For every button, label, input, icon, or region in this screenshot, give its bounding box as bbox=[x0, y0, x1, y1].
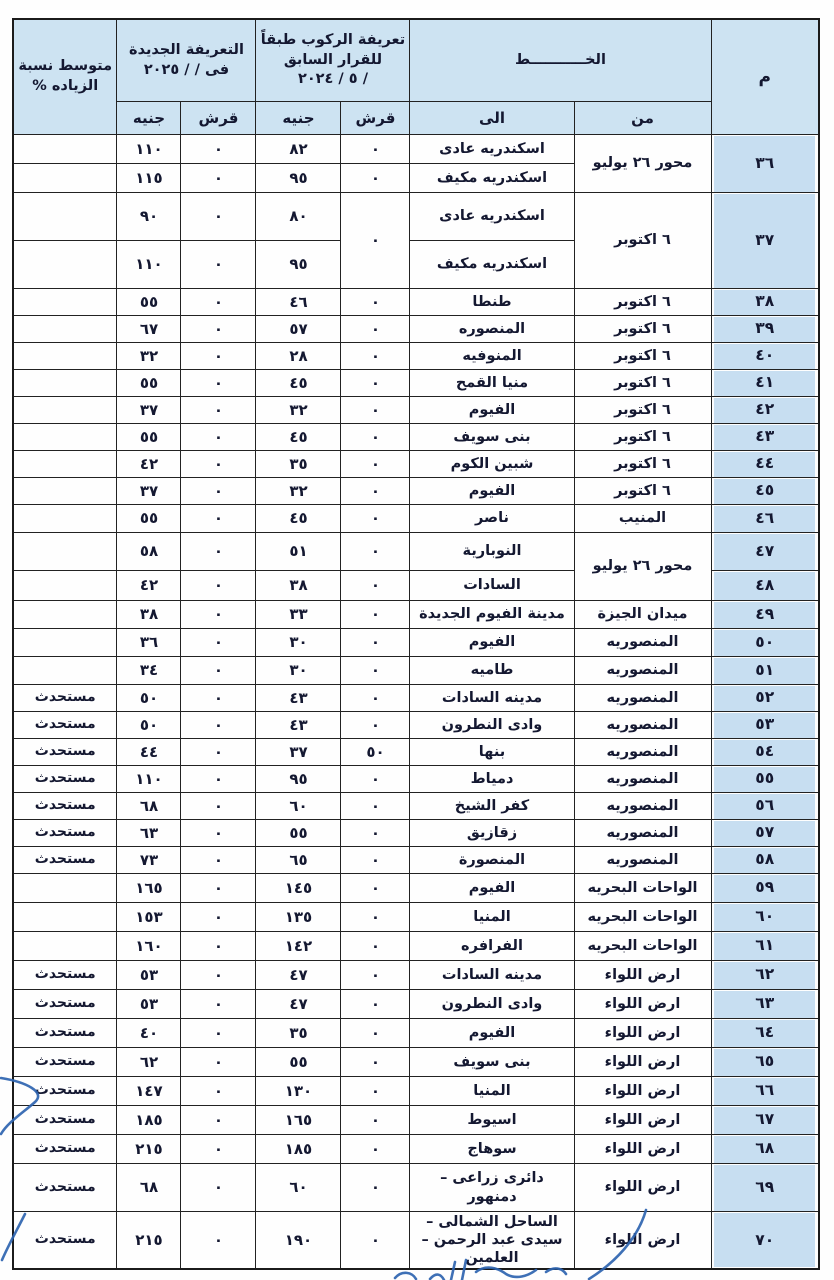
serial-cell: ٤٨ bbox=[711, 571, 819, 601]
serial-cell: ٤٠ bbox=[711, 343, 819, 370]
avg-cell bbox=[13, 903, 117, 932]
prev-pound-cell: ١٤٢ bbox=[256, 932, 341, 961]
to-cell: الساحل الشمالى – سيدى عبد الرحمن – العلم… bbox=[410, 1212, 574, 1270]
table-row: ٦٤ارض اللواءالفيوم٠٣٥٠٤٠مستحدث bbox=[13, 1019, 819, 1048]
from-cell: المنصوريه bbox=[574, 629, 711, 657]
new-piaster-cell: ٠ bbox=[181, 1019, 256, 1048]
new-pound-cell: ٢١٥ bbox=[117, 1212, 181, 1270]
avg-cell: مستحدث bbox=[13, 1048, 117, 1077]
new-piaster-cell: ٠ bbox=[181, 903, 256, 932]
new-piaster-cell: ٠ bbox=[181, 316, 256, 343]
table-row: ٦٥ارض اللواءبنى سويف٠٥٥٠٦٢مستحدث bbox=[13, 1048, 819, 1077]
new-piaster-cell: ٠ bbox=[181, 1048, 256, 1077]
to-cell: المنصوره bbox=[410, 316, 574, 343]
header-row-sub: من الى قرش جنيه قرش جنيه bbox=[13, 102, 819, 135]
prev-pound-cell: ٩٥ bbox=[256, 241, 341, 289]
avg-cell: مستحدث bbox=[13, 820, 117, 847]
from-cell: المنصوريه bbox=[574, 793, 711, 820]
to-cell: مدينه السادات bbox=[410, 961, 574, 990]
new-pound-cell: ٣٧ bbox=[117, 478, 181, 505]
serial-cell: ٥٨ bbox=[711, 847, 819, 874]
prev-pound-cell: ٣٢ bbox=[256, 478, 341, 505]
new-piaster-cell: ٠ bbox=[181, 712, 256, 739]
header-from: من bbox=[574, 102, 711, 135]
prev-piaster-cell: ٠ bbox=[341, 1019, 410, 1048]
table-row: ٣٩٦ اكتوبرالمنصوره٠٥٧٠٦٧ bbox=[13, 316, 819, 343]
serial-cell: ٦٦ bbox=[711, 1077, 819, 1106]
new-pound-cell: ٥٣ bbox=[117, 961, 181, 990]
prev-piaster-cell: ٠ bbox=[341, 874, 410, 903]
header-new-tariff-title: التعريفة الجديدة bbox=[120, 41, 252, 61]
table-row: ٥٨المنصوريهالمنصورة٠٦٥٠٧٣مستحدث bbox=[13, 847, 819, 874]
header-prev-tariff-title: تعريفة الركوب طبقاً للقرار السابق bbox=[259, 31, 406, 70]
new-pound-cell: ٩٠ bbox=[117, 193, 181, 241]
new-piaster-cell: ٠ bbox=[181, 289, 256, 316]
to-cell: اسيوط bbox=[410, 1106, 574, 1135]
avg-cell: مستحدث bbox=[13, 1135, 117, 1164]
avg-cell: مستحدث bbox=[13, 739, 117, 766]
avg-cell bbox=[13, 571, 117, 601]
serial-cell: ٣٨ bbox=[711, 289, 819, 316]
avg-cell: مستحدث bbox=[13, 1019, 117, 1048]
prev-piaster-cell: ٠ bbox=[341, 820, 410, 847]
to-cell: الفيوم bbox=[410, 629, 574, 657]
table-row: ٣٦محور ٢٦ يوليواسكندريه عادى٠٨٢٠١١٠ bbox=[13, 135, 819, 164]
from-cell: ٦ اكتوبر bbox=[574, 316, 711, 343]
serial-cell: ٦٥ bbox=[711, 1048, 819, 1077]
prev-piaster-cell: ٥٠ bbox=[341, 739, 410, 766]
prev-pound-cell: ١٦٥ bbox=[256, 1106, 341, 1135]
to-cell: زقازيق bbox=[410, 820, 574, 847]
new-pound-cell: ٣٤ bbox=[117, 657, 181, 685]
prev-pound-cell: ٦٥ bbox=[256, 847, 341, 874]
from-cell: ٦ اكتوبر bbox=[574, 478, 711, 505]
to-cell: اسكندريه مكيف bbox=[410, 241, 574, 289]
to-cell: المنيا bbox=[410, 903, 574, 932]
new-pound-cell: ٦٢ bbox=[117, 1048, 181, 1077]
new-pound-cell: ١٤٧ bbox=[117, 1077, 181, 1106]
table-row: ٦٣ارض اللواءوادى النطرون٠٤٧٠٥٣مستحدث bbox=[13, 990, 819, 1019]
table-row: ٦٩ارض اللواءدائرى زراعى – دمنهور٠٦٠٠٦٨مس… bbox=[13, 1164, 819, 1212]
serial-cell: ٦٤ bbox=[711, 1019, 819, 1048]
table-row: ٤٤٦ اكتوبرشبين الكوم٠٣٥٠٤٢ bbox=[13, 451, 819, 478]
avg-cell bbox=[13, 316, 117, 343]
new-piaster-cell: ٠ bbox=[181, 571, 256, 601]
new-piaster-cell: ٠ bbox=[181, 847, 256, 874]
from-cell: ارض اللواء bbox=[574, 990, 711, 1019]
new-pound-cell: ٥٥ bbox=[117, 424, 181, 451]
table-row: ٦٢ارض اللواءمدينه السادات٠٤٧٠٥٣مستحدث bbox=[13, 961, 819, 990]
serial-cell: ٣٩ bbox=[711, 316, 819, 343]
new-piaster-cell: ٠ bbox=[181, 505, 256, 533]
table-row: ٥٧المنصوريهزقازيق٠٥٥٠٦٣مستحدث bbox=[13, 820, 819, 847]
prev-piaster-cell: ٠ bbox=[341, 629, 410, 657]
new-piaster-cell: ٠ bbox=[181, 961, 256, 990]
prev-pound-cell: ٣٨ bbox=[256, 571, 341, 601]
page: م الخـــــــــــط تعريفة الركوب طبقاً لل… bbox=[0, 0, 834, 1280]
new-piaster-cell: ٠ bbox=[181, 990, 256, 1019]
avg-cell bbox=[13, 451, 117, 478]
serial-cell: ٦٢ bbox=[711, 961, 819, 990]
new-pound-cell: ١٦٠ bbox=[117, 932, 181, 961]
avg-cell bbox=[13, 505, 117, 533]
to-cell: ناصر bbox=[410, 505, 574, 533]
prev-piaster-cell: ٠ bbox=[341, 712, 410, 739]
to-cell: وادى النطرون bbox=[410, 990, 574, 1019]
new-pound-cell: ٤٢ bbox=[117, 451, 181, 478]
prev-pound-cell: ١٤٥ bbox=[256, 874, 341, 903]
to-cell: الفيوم bbox=[410, 874, 574, 903]
to-cell: كفر الشيخ bbox=[410, 793, 574, 820]
prev-pound-cell: ١٣٥ bbox=[256, 903, 341, 932]
fare-table: م الخـــــــــــط تعريفة الركوب طبقاً لل… bbox=[12, 18, 820, 1270]
prev-pound-cell: ٥٥ bbox=[256, 1048, 341, 1077]
prev-piaster-cell: ٠ bbox=[341, 1106, 410, 1135]
to-cell: وادى النطرون bbox=[410, 712, 574, 739]
new-piaster-cell: ٠ bbox=[181, 766, 256, 793]
new-pound-cell: ١١٥ bbox=[117, 164, 181, 193]
prev-pound-cell: ٤٧ bbox=[256, 990, 341, 1019]
serial-cell: ٤٤ bbox=[711, 451, 819, 478]
new-piaster-cell: ٠ bbox=[181, 874, 256, 903]
new-piaster-cell: ٠ bbox=[181, 820, 256, 847]
prev-pound-cell: ٤٣ bbox=[256, 712, 341, 739]
from-cell: ٦ اكتوبر bbox=[574, 397, 711, 424]
avg-cell bbox=[13, 397, 117, 424]
avg-cell bbox=[13, 343, 117, 370]
table-row: ٤٣٦ اكتوبربنى سويف٠٤٥٠٥٥ bbox=[13, 424, 819, 451]
serial-cell: ٦١ bbox=[711, 932, 819, 961]
prev-pound-cell: ٦٠ bbox=[256, 793, 341, 820]
avg-cell: مستحدث bbox=[13, 685, 117, 712]
to-cell: دمياط bbox=[410, 766, 574, 793]
from-cell: ٦ اكتوبر bbox=[574, 424, 711, 451]
new-pound-cell: ٣٢ bbox=[117, 343, 181, 370]
from-cell: المنصوريه bbox=[574, 712, 711, 739]
from-cell: ٦ اكتوبر bbox=[574, 451, 711, 478]
prev-piaster-cell: ٠ bbox=[341, 478, 410, 505]
serial-cell: ٤٧ bbox=[711, 533, 819, 571]
prev-piaster-cell: ٠ bbox=[341, 505, 410, 533]
prev-pound-cell: ٤٦ bbox=[256, 289, 341, 316]
avg-cell bbox=[13, 629, 117, 657]
serial-cell: ٣٧ bbox=[711, 193, 819, 289]
table-row: ٤٩ميدان الجيزةمدينة الفيوم الجديدة٠٣٣٠٣٨ bbox=[13, 601, 819, 629]
avg-cell bbox=[13, 164, 117, 193]
prev-pound-cell: ٩٥ bbox=[256, 164, 341, 193]
header-pound-prev: جنيه bbox=[256, 102, 341, 135]
from-cell: المنصوريه bbox=[574, 847, 711, 874]
from-cell: المنصوريه bbox=[574, 685, 711, 712]
prev-piaster-cell: ٠ bbox=[341, 370, 410, 397]
avg-cell bbox=[13, 370, 117, 397]
avg-cell: مستحدث bbox=[13, 1106, 117, 1135]
new-piaster-cell: ٠ bbox=[181, 478, 256, 505]
prev-piaster-cell: ٠ bbox=[341, 847, 410, 874]
prev-piaster-cell: ٠ bbox=[341, 961, 410, 990]
serial-cell: ٥٢ bbox=[711, 685, 819, 712]
prev-pound-cell: ٤٥ bbox=[256, 424, 341, 451]
table-row: ٥٢المنصوريهمدينه السادات٠٤٣٠٥٠مستحدث bbox=[13, 685, 819, 712]
prev-pound-cell: ٥٧ bbox=[256, 316, 341, 343]
prev-piaster-cell: ٠ bbox=[341, 316, 410, 343]
prev-piaster-cell: ٠ bbox=[341, 1135, 410, 1164]
header-prev-tariff: تعريفة الركوب طبقاً للقرار السابق / ٥ / … bbox=[256, 19, 410, 102]
prev-pound-cell: ١٣٠ bbox=[256, 1077, 341, 1106]
new-piaster-cell: ٠ bbox=[181, 1106, 256, 1135]
header-new-tariff: التعريفة الجديدة فى / / ٢٠٢٥ bbox=[117, 19, 256, 102]
serial-cell: ٦٨ bbox=[711, 1135, 819, 1164]
table-row: ٤١٦ اكتوبرمنيا القمح٠٤٥٠٥٥ bbox=[13, 370, 819, 397]
from-cell: ٦ اكتوبر bbox=[574, 289, 711, 316]
new-pound-cell: ٦٧ bbox=[117, 316, 181, 343]
to-cell: الفيوم bbox=[410, 1019, 574, 1048]
to-cell: الفيوم bbox=[410, 478, 574, 505]
new-pound-cell: ٥٠ bbox=[117, 685, 181, 712]
to-cell: بنى سويف bbox=[410, 424, 574, 451]
new-pound-cell: ١٥٣ bbox=[117, 903, 181, 932]
new-piaster-cell: ٠ bbox=[181, 397, 256, 424]
header-new-tariff-date: فى / / ٢٠٢٥ bbox=[120, 61, 252, 81]
avg-cell: مستحدث bbox=[13, 961, 117, 990]
avg-cell bbox=[13, 601, 117, 629]
from-cell: ٦ اكتوبر bbox=[574, 343, 711, 370]
new-pound-cell: ٦٨ bbox=[117, 793, 181, 820]
new-piaster-cell: ٠ bbox=[181, 932, 256, 961]
prev-piaster-cell: ٠ bbox=[341, 135, 410, 164]
table-row: ٥٦المنصوريهكفر الشيخ٠٦٠٠٦٨مستحدث bbox=[13, 793, 819, 820]
new-piaster-cell: ٠ bbox=[181, 164, 256, 193]
new-pound-cell: ٥٥ bbox=[117, 505, 181, 533]
header-to: الى bbox=[410, 102, 574, 135]
prev-piaster-cell: ٠ bbox=[341, 766, 410, 793]
table-row: ٧٠ارض اللواءالساحل الشمالى – سيدى عبد ال… bbox=[13, 1212, 819, 1270]
prev-pound-cell: ٣٠ bbox=[256, 657, 341, 685]
pen-signature-2 bbox=[430, 1275, 444, 1280]
serial-cell: ٥٦ bbox=[711, 793, 819, 820]
prev-pound-cell: ٣٥ bbox=[256, 451, 341, 478]
new-pound-cell: ١٦٥ bbox=[117, 874, 181, 903]
to-cell: النوبارية bbox=[410, 533, 574, 571]
header-line: الخـــــــــــط bbox=[410, 19, 711, 102]
new-piaster-cell: ٠ bbox=[181, 685, 256, 712]
prev-piaster-cell: ٠ bbox=[341, 343, 410, 370]
table-row: ٦٧ارض اللواءاسيوط٠١٦٥٠١٨٥مستحدث bbox=[13, 1106, 819, 1135]
prev-piaster-cell: ٠ bbox=[341, 1048, 410, 1077]
avg-cell bbox=[13, 135, 117, 164]
to-cell: مدينة الفيوم الجديدة bbox=[410, 601, 574, 629]
table-row: ٥٥المنصوريهدمياط٠٩٥٠١١٠مستحدث bbox=[13, 766, 819, 793]
new-pound-cell: ٥٨ bbox=[117, 533, 181, 571]
prev-piaster-cell: ٠ bbox=[341, 164, 410, 193]
prev-piaster-cell: ٠ bbox=[341, 657, 410, 685]
avg-cell: مستحدث bbox=[13, 712, 117, 739]
new-piaster-cell: ٠ bbox=[181, 451, 256, 478]
avg-cell: مستحدث bbox=[13, 1212, 117, 1270]
from-cell: المنصوريه bbox=[574, 657, 711, 685]
table-row: ٥٣المنصوريهوادى النطرون٠٤٣٠٥٠مستحدث bbox=[13, 712, 819, 739]
new-pound-cell: ٣٦ bbox=[117, 629, 181, 657]
serial-cell: ٤٥ bbox=[711, 478, 819, 505]
table-row: ٣٨٦ اكتوبرطنطا٠٤٦٠٥٥ bbox=[13, 289, 819, 316]
from-cell: ارض اللواء bbox=[574, 1019, 711, 1048]
from-cell: ارض اللواء bbox=[574, 1135, 711, 1164]
prev-pound-cell: ٤٣ bbox=[256, 685, 341, 712]
to-cell: المنصورة bbox=[410, 847, 574, 874]
header-pound-new: جنيه bbox=[117, 102, 181, 135]
to-cell: منيا القمح bbox=[410, 370, 574, 397]
to-cell: المنيا bbox=[410, 1077, 574, 1106]
new-pound-cell: ٣٨ bbox=[117, 601, 181, 629]
to-cell: اسكندريه عادى bbox=[410, 193, 574, 241]
new-pound-cell: ٥٠ bbox=[117, 712, 181, 739]
avg-cell: مستحدث bbox=[13, 990, 117, 1019]
new-piaster-cell: ٠ bbox=[181, 533, 256, 571]
from-cell: ٦ اكتوبر bbox=[574, 370, 711, 397]
serial-cell: ٤٢ bbox=[711, 397, 819, 424]
serial-cell: ٥٥ bbox=[711, 766, 819, 793]
serial-cell: ٥٤ bbox=[711, 739, 819, 766]
from-cell: ارض اللواء bbox=[574, 1212, 711, 1270]
new-pound-cell: ٤٤ bbox=[117, 739, 181, 766]
header-avg-increase: متوسط نسبة الزياده % bbox=[13, 19, 117, 135]
header-row-top: م الخـــــــــــط تعريفة الركوب طبقاً لل… bbox=[13, 19, 819, 102]
prev-piaster-cell: ٠ bbox=[341, 601, 410, 629]
prev-pound-cell: ٤٥ bbox=[256, 505, 341, 533]
from-cell: الواحات البحريه bbox=[574, 932, 711, 961]
avg-cell bbox=[13, 657, 117, 685]
serial-cell: ٦٣ bbox=[711, 990, 819, 1019]
prev-pound-cell: ٤٥ bbox=[256, 370, 341, 397]
new-pound-cell: ٦٨ bbox=[117, 1164, 181, 1212]
avg-cell: مستحدث bbox=[13, 847, 117, 874]
table-row: ٤٧محور ٢٦ يوليوالنوبارية٠٥١٠٥٨ bbox=[13, 533, 819, 571]
prev-pound-cell: ٩٥ bbox=[256, 766, 341, 793]
serial-cell: ٤٣ bbox=[711, 424, 819, 451]
serial-cell: ٤٩ bbox=[711, 601, 819, 629]
prev-pound-cell: ٣٠ bbox=[256, 629, 341, 657]
prev-pound-cell: ٣٣ bbox=[256, 601, 341, 629]
new-piaster-cell: ٠ bbox=[181, 739, 256, 766]
prev-piaster-cell: ٠ bbox=[341, 397, 410, 424]
prev-piaster-cell: ٠ bbox=[341, 193, 410, 289]
serial-cell: ٥٩ bbox=[711, 874, 819, 903]
serial-cell: ٥٠ bbox=[711, 629, 819, 657]
prev-pound-cell: ٦٠ bbox=[256, 1164, 341, 1212]
from-cell: المنصوريه bbox=[574, 739, 711, 766]
from-cell: محور ٢٦ يوليو bbox=[574, 533, 711, 601]
from-cell: ارض اللواء bbox=[574, 1164, 711, 1212]
from-cell: ارض اللواء bbox=[574, 1106, 711, 1135]
to-cell: اسكندريه مكيف bbox=[410, 164, 574, 193]
table-row: ٤٠٦ اكتوبرالمنوفيه٠٢٨٠٣٢ bbox=[13, 343, 819, 370]
avg-cell: مستحدث bbox=[13, 1164, 117, 1212]
header-piaster-prev: قرش bbox=[341, 102, 410, 135]
avg-cell bbox=[13, 289, 117, 316]
avg-cell: مستحدث bbox=[13, 1077, 117, 1106]
to-cell: السادات bbox=[410, 571, 574, 601]
serial-cell: ٤١ bbox=[711, 370, 819, 397]
table-row: ٦٠الواحات البحريهالمنيا٠١٣٥٠١٥٣ bbox=[13, 903, 819, 932]
fare-table-body: ٣٦محور ٢٦ يوليواسكندريه عادى٠٨٢٠١١٠اسكند… bbox=[13, 135, 819, 1270]
serial-cell: ٦٠ bbox=[711, 903, 819, 932]
prev-piaster-cell: ٠ bbox=[341, 571, 410, 601]
to-cell: شبين الكوم bbox=[410, 451, 574, 478]
new-pound-cell: ٧٣ bbox=[117, 847, 181, 874]
from-cell: ارض اللواء bbox=[574, 961, 711, 990]
to-cell: الفرافره bbox=[410, 932, 574, 961]
header-line-label: الخـــــــــــط bbox=[515, 52, 606, 68]
new-piaster-cell: ٠ bbox=[181, 1164, 256, 1212]
from-cell: ارض اللواء bbox=[574, 1077, 711, 1106]
prev-piaster-cell: ٠ bbox=[341, 451, 410, 478]
new-pound-cell: ٥٣ bbox=[117, 990, 181, 1019]
from-cell: المنصوريه bbox=[574, 766, 711, 793]
prev-pound-cell: ٣٧ bbox=[256, 739, 341, 766]
prev-piaster-cell: ٠ bbox=[341, 289, 410, 316]
to-cell: المنوفيه bbox=[410, 343, 574, 370]
prev-piaster-cell: ٠ bbox=[341, 932, 410, 961]
prev-piaster-cell: ٠ bbox=[341, 793, 410, 820]
prev-piaster-cell: ٠ bbox=[341, 1212, 410, 1270]
serial-cell: ٥١ bbox=[711, 657, 819, 685]
from-cell: محور ٢٦ يوليو bbox=[574, 135, 711, 193]
prev-piaster-cell: ٠ bbox=[341, 1164, 410, 1212]
new-piaster-cell: ٠ bbox=[181, 629, 256, 657]
table-row: ٥٠المنصوريهالفيوم٠٣٠٠٣٦ bbox=[13, 629, 819, 657]
new-piaster-cell: ٠ bbox=[181, 135, 256, 164]
to-cell: طنطا bbox=[410, 289, 574, 316]
serial-cell: ٥٣ bbox=[711, 712, 819, 739]
prev-piaster-cell: ٠ bbox=[341, 424, 410, 451]
from-cell: الواحات البحريه bbox=[574, 874, 711, 903]
avg-cell bbox=[13, 241, 117, 289]
prev-pound-cell: ٨٢ bbox=[256, 135, 341, 164]
table-row: ٤٢٦ اكتوبرالفيوم٠٣٢٠٣٧ bbox=[13, 397, 819, 424]
new-piaster-cell: ٠ bbox=[181, 601, 256, 629]
new-piaster-cell: ٠ bbox=[181, 343, 256, 370]
new-pound-cell: ٤٠ bbox=[117, 1019, 181, 1048]
new-pound-cell: ١١٠ bbox=[117, 135, 181, 164]
pen-signature-1 bbox=[395, 1273, 416, 1279]
new-pound-cell: ١١٠ bbox=[117, 241, 181, 289]
new-piaster-cell: ٠ bbox=[181, 793, 256, 820]
prev-pound-cell: ٥٥ bbox=[256, 820, 341, 847]
from-cell: ارض اللواء bbox=[574, 1048, 711, 1077]
from-cell: المنيب bbox=[574, 505, 711, 533]
new-piaster-cell: ٠ bbox=[181, 370, 256, 397]
new-piaster-cell: ٠ bbox=[181, 657, 256, 685]
serial-cell: ٥٧ bbox=[711, 820, 819, 847]
to-cell: سوهاج bbox=[410, 1135, 574, 1164]
prev-pound-cell: ١٨٥ bbox=[256, 1135, 341, 1164]
to-cell: طاميه bbox=[410, 657, 574, 685]
from-cell: الواحات البحريه bbox=[574, 903, 711, 932]
new-piaster-cell: ٠ bbox=[181, 1135, 256, 1164]
prev-pound-cell: ٨٠ bbox=[256, 193, 341, 241]
avg-cell bbox=[13, 424, 117, 451]
serial-cell: ٣٦ bbox=[711, 135, 819, 193]
table-row: ٤٦المنيبناصر٠٤٥٠٥٥ bbox=[13, 505, 819, 533]
new-pound-cell: ٢١٥ bbox=[117, 1135, 181, 1164]
prev-pound-cell: ٤٧ bbox=[256, 961, 341, 990]
header-piaster-new: قرش bbox=[181, 102, 256, 135]
prev-pound-cell: ٢٨ bbox=[256, 343, 341, 370]
new-piaster-cell: ٠ bbox=[181, 1212, 256, 1270]
table-row: ٦١الواحات البحريهالفرافره٠١٤٢٠١٦٠ bbox=[13, 932, 819, 961]
table-row: ٥٤المنصوريهبنها٥٠٣٧٠٤٤مستحدث bbox=[13, 739, 819, 766]
header-serial: م bbox=[711, 19, 819, 135]
